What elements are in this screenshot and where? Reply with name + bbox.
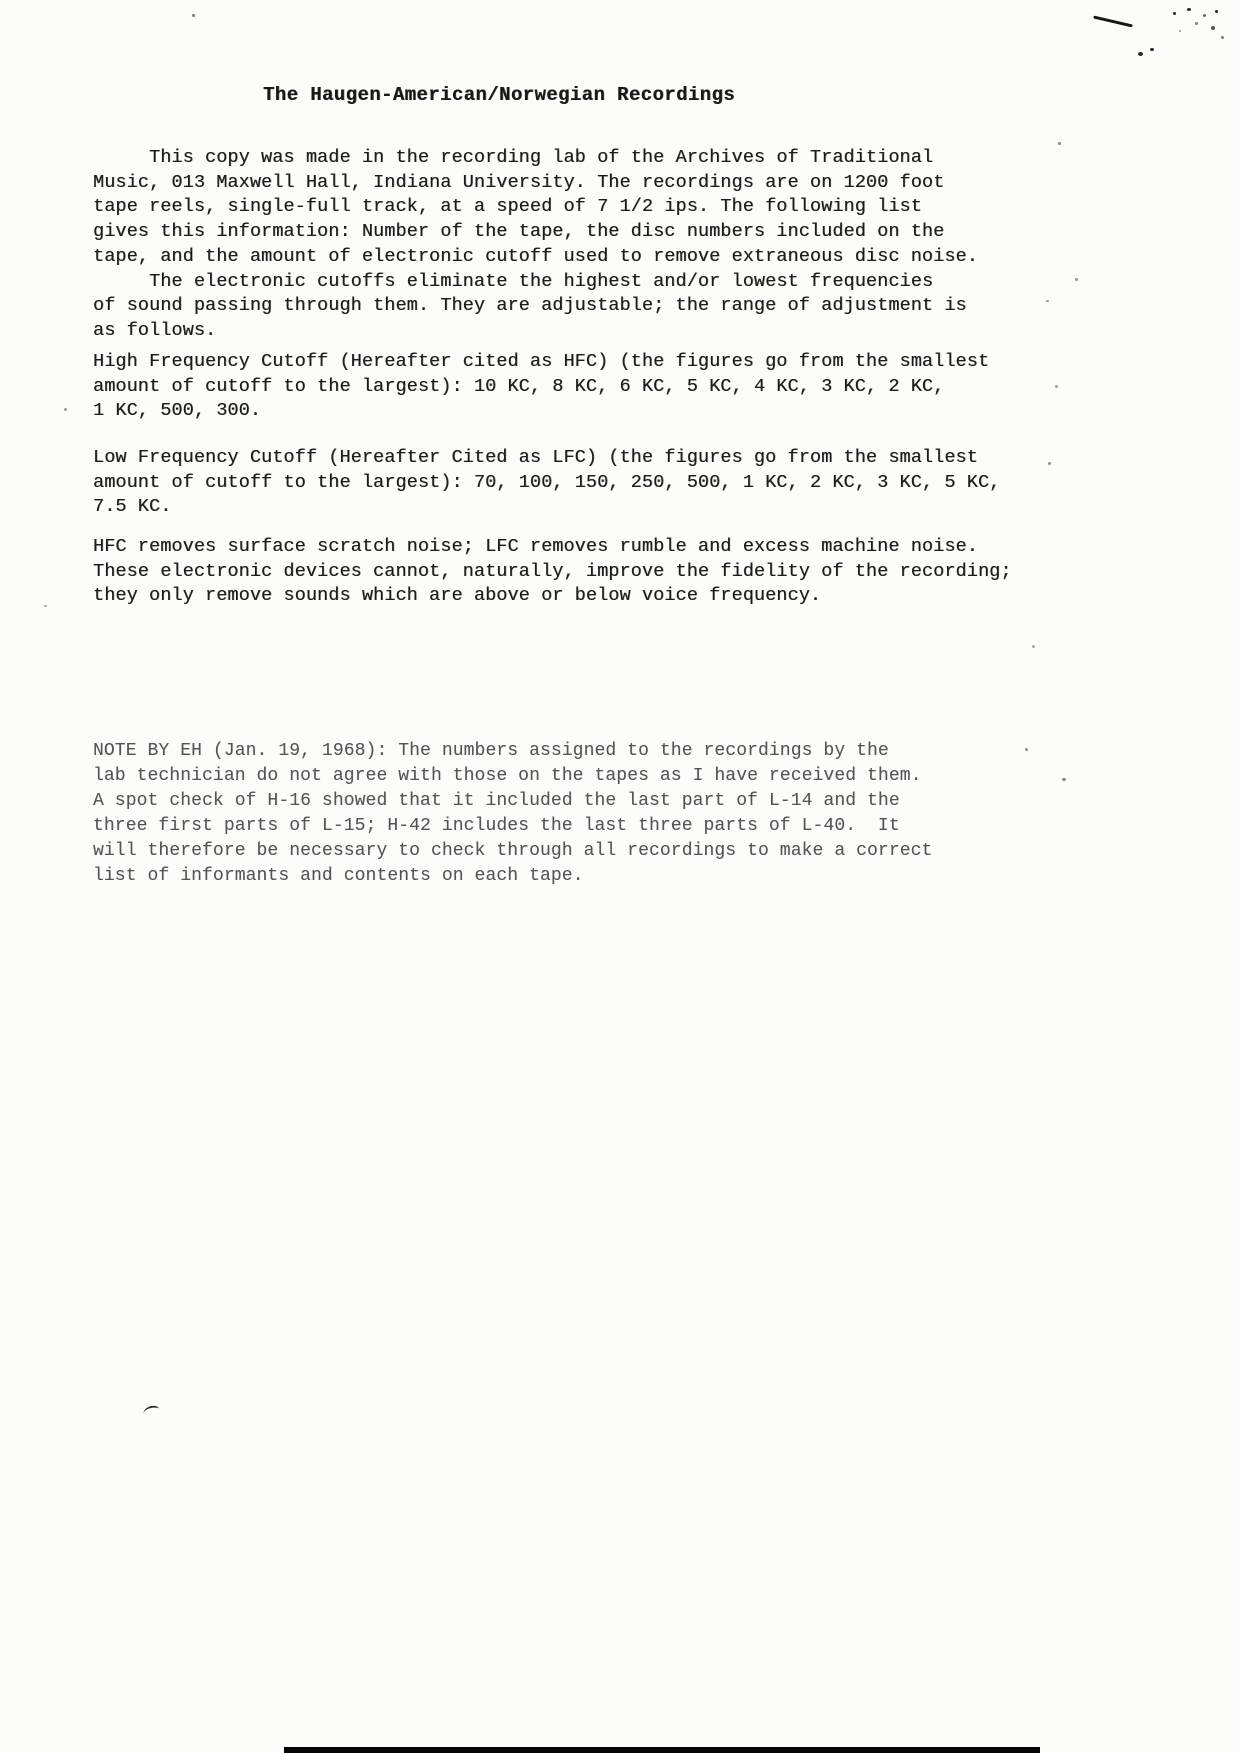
scan-speck <box>192 14 195 17</box>
document-title: The Haugen-American/Norwegian Recordings <box>263 84 735 106</box>
scan-speck <box>1046 300 1049 302</box>
scan-speck <box>1032 645 1035 648</box>
scanned-document-page: The Haugen-American/Norwegian Recordings… <box>0 0 1240 1753</box>
scan-speck <box>1062 778 1066 781</box>
pen-dash-mark <box>1093 16 1133 28</box>
corner-scan-noise <box>1165 6 1231 52</box>
scan-speck <box>1150 48 1154 51</box>
note-by-eh-paragraph: NOTE BY EH (Jan. 19, 1968): The numbers … <box>93 739 932 889</box>
squiggle-mark <box>143 1405 160 1414</box>
scan-speck <box>1138 52 1143 56</box>
scan-speck <box>44 605 47 607</box>
scan-speck <box>64 408 67 411</box>
high-frequency-cutoff-paragraph: High Frequency Cutoff (Hereafter cited a… <box>93 350 989 424</box>
scan-edge-bar <box>284 1747 1040 1753</box>
electronic-devices-paragraph: HFC removes surface scratch noise; LFC r… <box>93 535 1012 609</box>
scan-speck <box>1025 748 1028 751</box>
scan-speck <box>1058 142 1061 145</box>
scan-speck <box>1048 462 1051 465</box>
scan-speck <box>1075 278 1078 281</box>
scan-speck <box>1055 385 1058 388</box>
intro-paragraph: This copy was made in the recording lab … <box>93 146 978 344</box>
low-frequency-cutoff-paragraph: Low Frequency Cutoff (Hereafter Cited as… <box>93 446 1000 520</box>
